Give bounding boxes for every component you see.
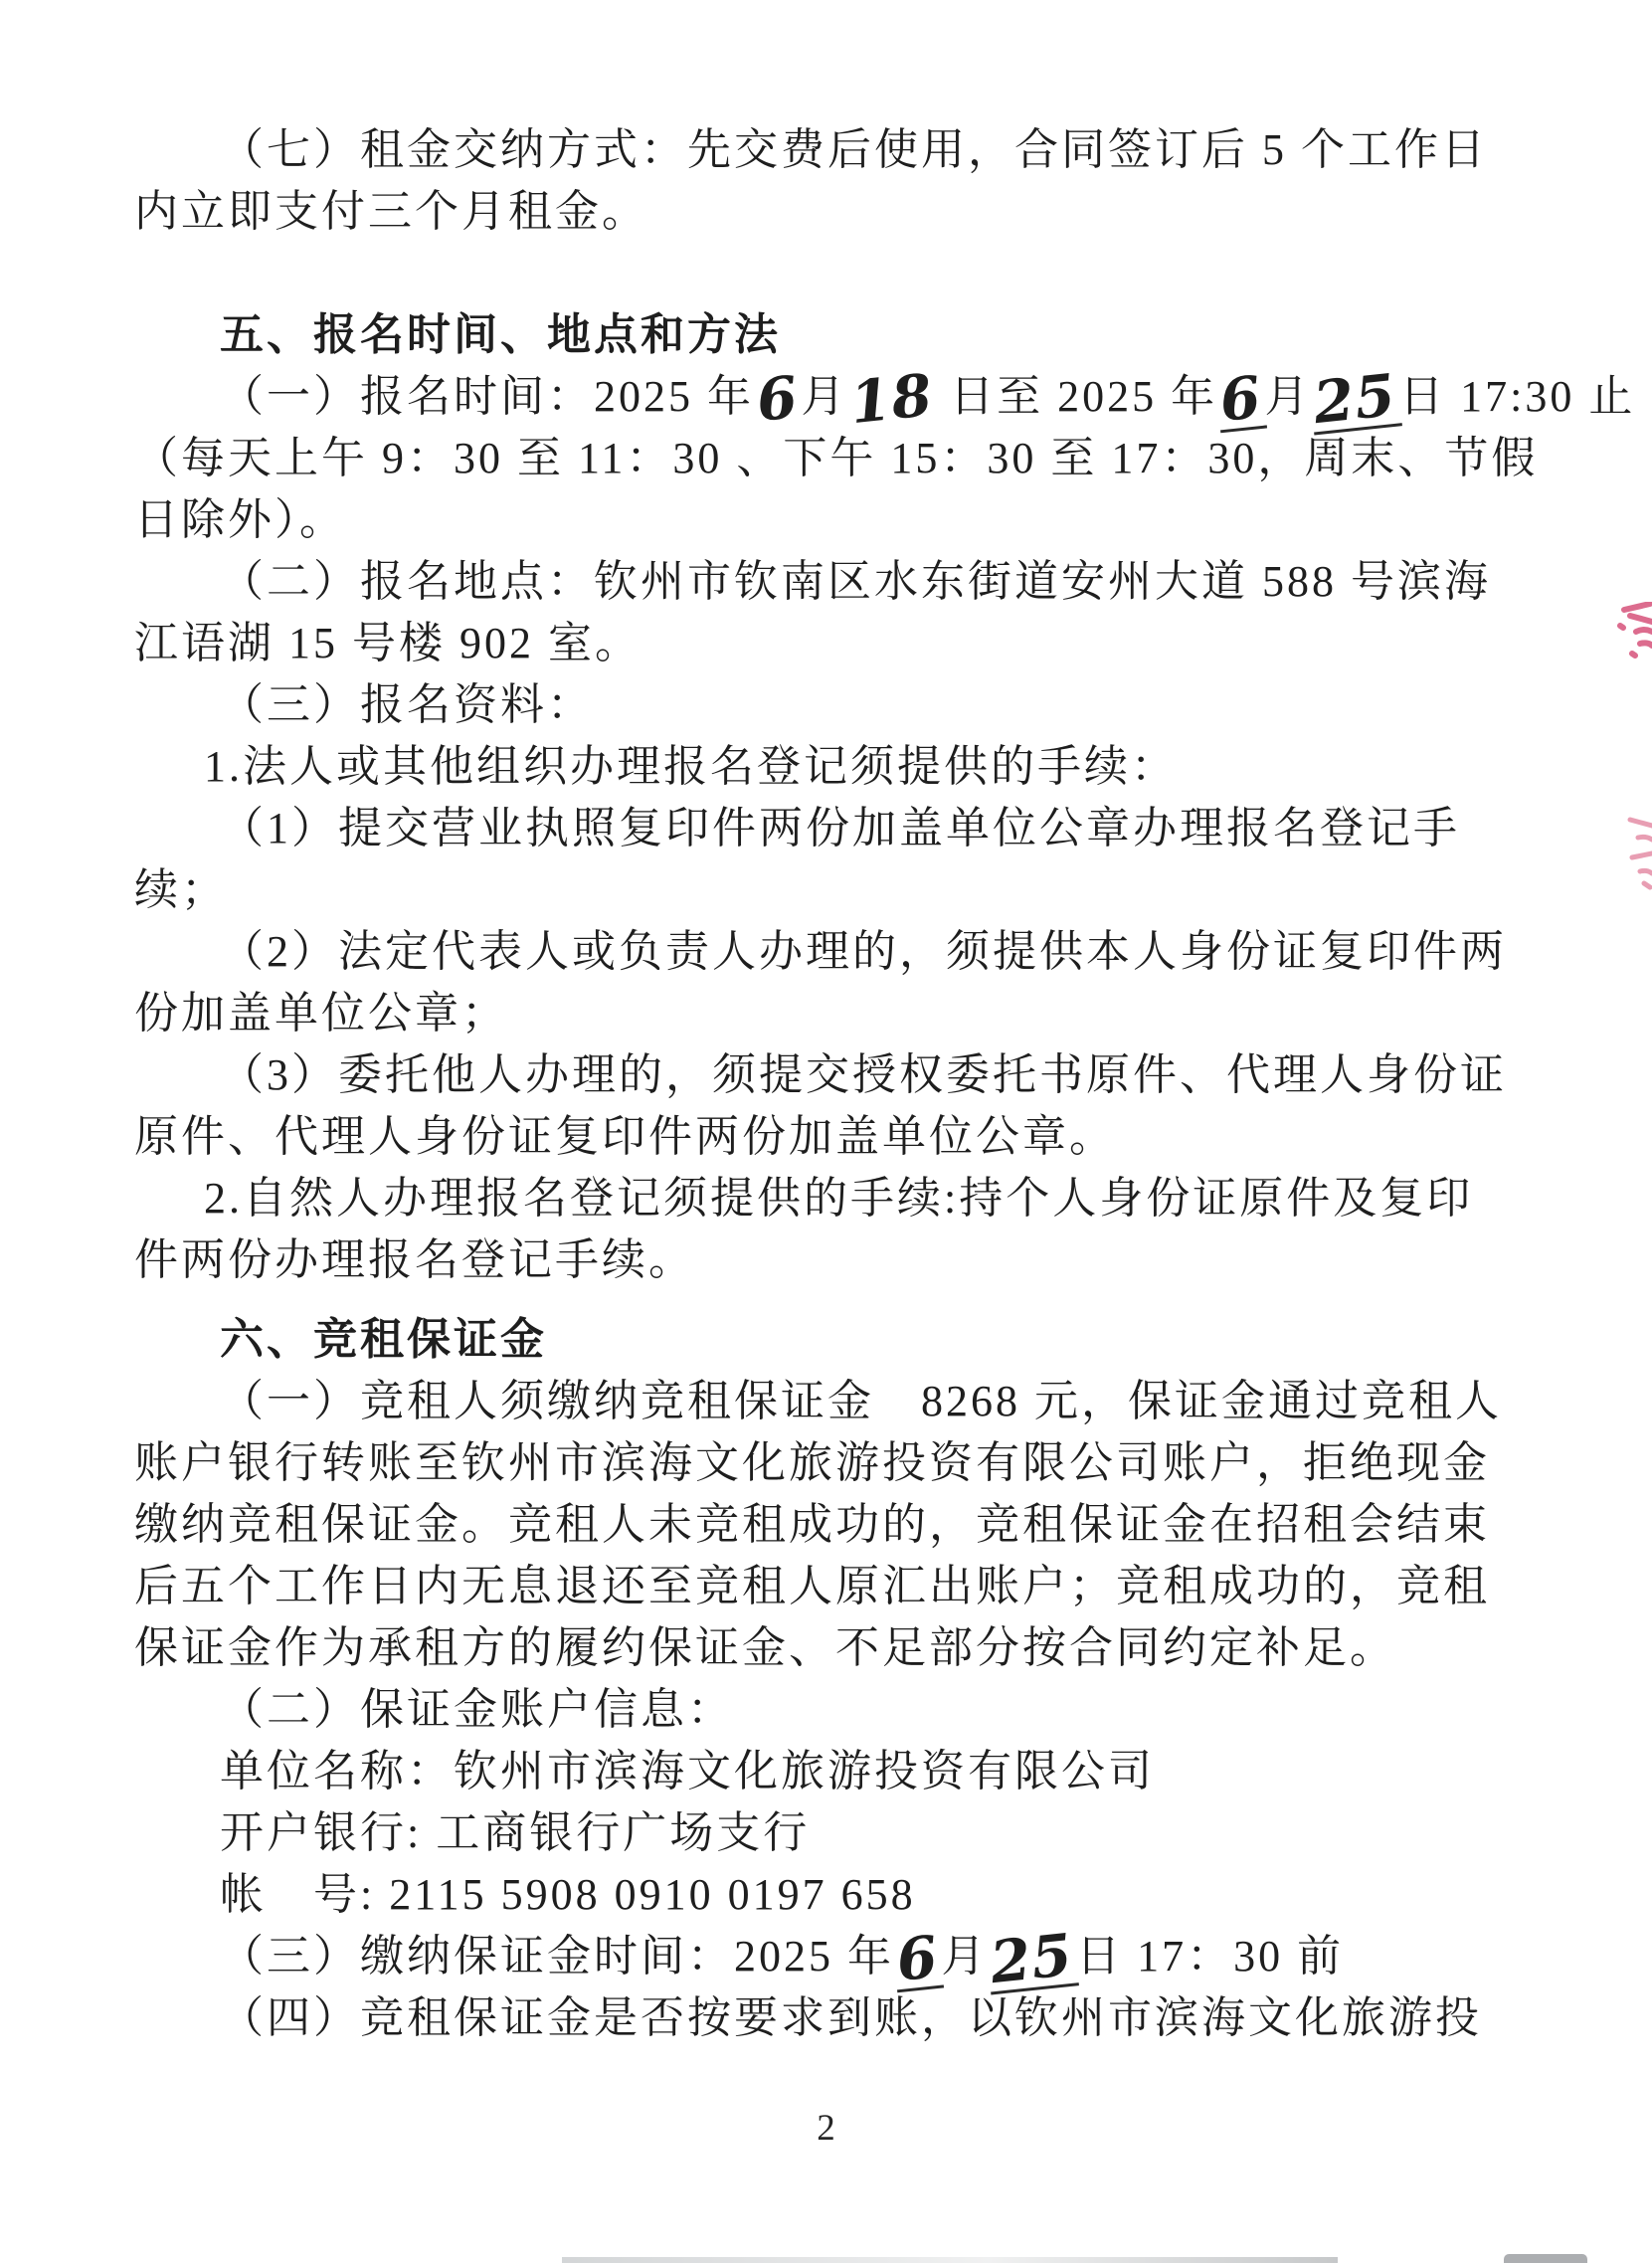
doc-line-23: 后五个工作日内无息退还至竞租人原汇出账户；竞租成功的，竞租	[134, 1556, 1537, 1617]
printed-text: 单位名称：钦州市滨海文化旅游投资有限公司	[220, 1747, 1155, 1795]
doc-line-30: （四）竞租保证金是否按要求到账，以钦州市滨海文化旅游投	[134, 1987, 1537, 2049]
printed-text: 1.法人或其他组织办理报名登记须提供的手续：	[204, 742, 1178, 791]
printed-text: 内立即支付三个月租金。	[134, 187, 648, 236]
doc-line-2: 内立即支付三个月租金。	[134, 181, 1537, 243]
handwritten-text: 6	[891, 1928, 944, 1993]
doc-line-6: 日除外）。	[134, 489, 1537, 551]
printed-text: 份加盖单位公章；	[134, 989, 508, 1037]
document-body: （七）租金交纳方式：先交费后使用，合同签订后 5 个工作日内立即支付三个月租金。…	[134, 119, 1537, 2049]
red-seal-fragment-bottom-icon	[1614, 814, 1652, 891]
printed-text: （二）报名地点：钦州市钦南区水东街道安州大道 588 号滨海	[220, 557, 1491, 606]
printed-text: （七）租金交纳方式：先交费后使用，合同签订后 5 个工作日	[220, 125, 1488, 174]
printed-text: 月	[1264, 372, 1311, 421]
printed-text: 月	[941, 1932, 988, 1980]
red-seal-fragment-top-icon	[1610, 602, 1652, 673]
handwritten-text: 25	[1308, 366, 1402, 436]
doc-line-28: 帐 号: 2115 5908 0910 0197 658	[134, 1864, 1537, 1926]
printed-text: （一）报名时间：2025 年	[220, 372, 754, 421]
doc-line-7: （二）报名地点：钦州市钦南区水东街道安州大道 588 号滨海	[134, 551, 1537, 613]
printed-text: （1）提交营业执照复印件两份加盖单位公章办理报名登记手	[220, 804, 1460, 852]
printed-text: （3）委托他人办理的，须提交授权委托书原件、代理人身份证	[220, 1050, 1507, 1099]
doc-line-9: （三）报名资料：	[134, 674, 1537, 736]
printed-text: 2.自然人办理报名登记须提供的手续:持个人身份证原件及复印	[204, 1174, 1473, 1223]
doc-line-26: 单位名称：钦州市滨海文化旅游投资有限公司	[134, 1741, 1537, 1802]
printed-text: （一）竞租人须缴纳竞租保证金 8268 元，保证金通过竞租人	[220, 1377, 1502, 1425]
printed-text: 日 17：30 前	[1076, 1932, 1344, 1980]
printed-text: （二）保证金账户信息：	[220, 1685, 734, 1734]
printed-text: 开户银行: 工商银行广场支行	[220, 1808, 810, 1857]
doc-line-5: （每天上午 9：30 至 11：30 、下午 15：30 至 17：30，周末、…	[134, 428, 1537, 489]
doc-line-8: 江语湖 15 号楼 902 室。	[134, 613, 1537, 674]
doc-line-19: 六、竞租保证金	[134, 1309, 1537, 1371]
printed-text: 江语湖 15 号楼 902 室。	[134, 619, 642, 667]
doc-line-16: 原件、代理人身份证复印件两份加盖单位公章。	[134, 1106, 1537, 1168]
handwritten-text: 18	[845, 366, 939, 433]
doc-line-17: 2.自然人办理报名登记须提供的手续:持个人身份证原件及复印	[134, 1168, 1537, 1229]
printed-text: 日 17:30 止	[1399, 372, 1635, 421]
printed-text: 日除外）。	[134, 495, 346, 544]
doc-line-29: （三）缴纳保证金时间：2025 年6月25日 17：30 前	[134, 1926, 1537, 1987]
doc-line-20: （一）竞租人须缴纳竞租保证金 8268 元，保证金通过竞租人	[134, 1371, 1537, 1432]
doc-line-25: （二）保证金账户信息：	[134, 1679, 1537, 1741]
doc-line-14: 份加盖单位公章；	[134, 983, 1537, 1044]
printed-text: （2）法定代表人或负责人办理的，须提供本人身份证复印件两	[220, 927, 1507, 976]
printed-text: 原件、代理人身份证复印件两份加盖单位公章。	[134, 1112, 1116, 1161]
doc-line-10: 1.法人或其他组织办理报名登记须提供的手续：	[134, 736, 1537, 798]
printed-text: （每天上午 9：30 至 11：30 、下午 15：30 至 17：30，周末、…	[134, 434, 1538, 482]
doc-line-24: 保证金作为承租方的履约保证金、不足部分按合同约定补足。	[134, 1617, 1537, 1679]
printed-text: （四）竞租保证金是否按要求到账，以钦州市滨海文化旅游投	[220, 1993, 1482, 2042]
printed-text: 保证金作为承租方的履约保证金、不足部分按合同约定补足。	[134, 1623, 1396, 1672]
doc-line-11: （1）提交营业执照复印件两份加盖单位公章办理报名登记手	[134, 798, 1537, 859]
printed-text: 后五个工作日内无息退还至竞租人原汇出账户；竞租成功的，竞租	[134, 1562, 1490, 1610]
printed-text: 续；	[134, 865, 228, 914]
page-number: 2	[0, 2107, 1652, 2150]
printed-text: 月	[801, 372, 847, 421]
printed-text: （三）报名资料：	[220, 680, 594, 729]
doc-line-13: （2）法定代表人或负责人办理的，须提供本人身份证复印件两	[134, 921, 1537, 983]
doc-line-15: （3）委托他人办理的，须提交授权委托书原件、代理人身份证	[134, 1044, 1537, 1106]
doc-line-22: 缴纳竞租保证金。竞租人未竞租成功的，竞租保证金在招租会结束	[134, 1494, 1537, 1556]
doc-line-3: 五、报名时间、地点和方法	[134, 304, 1537, 366]
printed-text: 五、报名时间、地点和方法	[220, 310, 781, 359]
doc-line-18: 件两份办理报名登记手续。	[134, 1229, 1537, 1291]
doc-line-27: 开户银行: 工商银行广场支行	[134, 1802, 1537, 1864]
printed-text: （三）缴纳保证金时间：2025 年	[220, 1932, 894, 1980]
doc-line-1: （七）租金交纳方式：先交费后使用，合同签订后 5 个工作日	[134, 119, 1537, 181]
printed-text: 帐 号: 2115 5908 0910 0197 658	[220, 1870, 916, 1919]
scanned-document-page: （七）租金交纳方式：先交费后使用，合同签订后 5 个工作日内立即支付三个月租金。…	[0, 0, 1652, 2263]
scanner-edge-artifact	[562, 2257, 1338, 2263]
scanner-smudge-artifact	[1504, 2254, 1587, 2263]
doc-line-12: 续；	[134, 859, 1537, 921]
printed-text: 日至 2025 年	[936, 372, 1217, 421]
printed-text: 件两份办理报名登记手续。	[134, 1235, 695, 1284]
handwritten-text: 6	[751, 368, 804, 431]
doc-line-21: 账户银行转账至钦州市滨海文化旅游投资有限公司账户，拒绝现金	[134, 1432, 1537, 1494]
handwritten-text: 25	[985, 1926, 1079, 1995]
doc-line-4: （一）报名时间：2025 年6月18 日至 2025 年6月25日 17:30 …	[134, 366, 1537, 428]
printed-text: 缴纳竞租保证金。竞租人未竞租成功的，竞租保证金在招租会结束	[134, 1500, 1490, 1549]
handwritten-text: 6	[1214, 368, 1267, 434]
printed-text: 账户银行转账至钦州市滨海文化旅游投资有限公司账户，拒绝现金	[134, 1438, 1490, 1487]
printed-text: 六、竞租保证金	[220, 1315, 547, 1364]
